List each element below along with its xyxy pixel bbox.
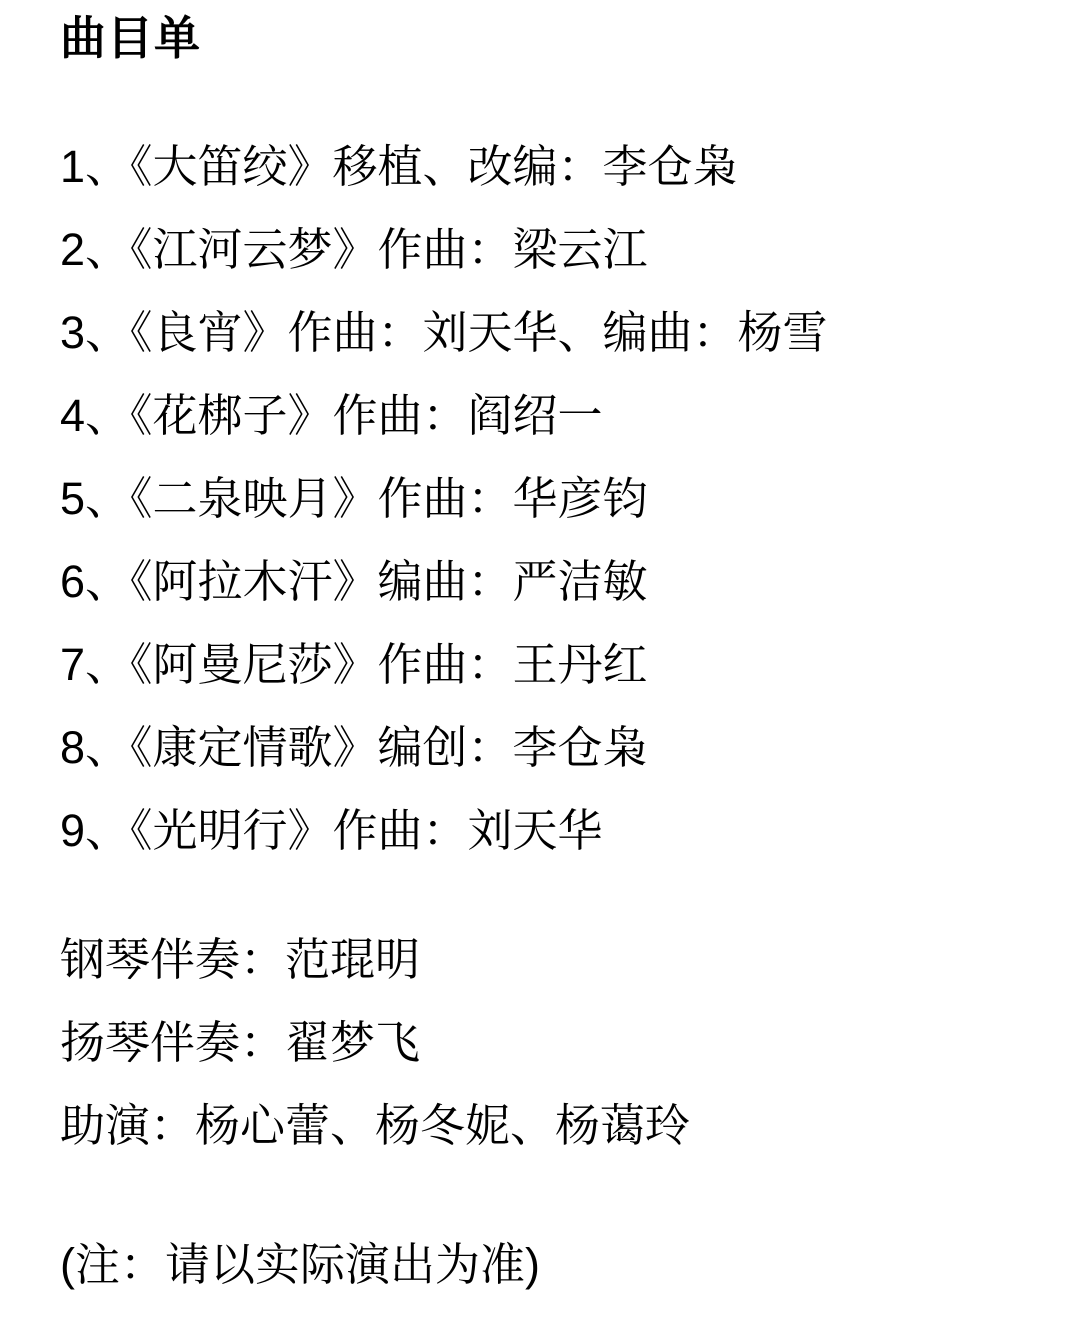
item-title: 《大笛绞》	[130, 141, 333, 192]
item-credit: 作曲：刘天华、编曲：杨雪	[288, 307, 828, 358]
item-credit: 作曲：阎绍一	[333, 390, 603, 441]
credit-role: 扬琴伴奏：	[60, 1017, 285, 1068]
program-item: 2、《江河云梦》作曲：梁云江	[60, 208, 1058, 291]
program-item: 4、《花梆子》作曲：阎绍一	[60, 374, 1058, 457]
item-title: 《花梆子》	[130, 390, 333, 441]
item-number: 5、	[60, 473, 130, 524]
credit-role: 助演：	[60, 1100, 195, 1151]
item-credit: 作曲：刘天华	[333, 805, 603, 856]
item-credit: 编创：李仓枭	[378, 722, 648, 773]
credits-section: 钢琴伴奏：范琨明 扬琴伴奏：翟梦飞 助演：杨心蕾、杨冬妮、杨蔼玲	[60, 918, 1058, 1167]
program-item: 3、《良宵》作曲：刘天华、编曲：杨雪	[60, 291, 1058, 374]
program-item: 9、《光明行》作曲：刘天华	[60, 789, 1058, 872]
item-credit: 编曲：严洁敏	[378, 556, 648, 607]
credit-name: 翟梦飞	[285, 1017, 420, 1068]
credit-name: 杨心蕾、杨冬妮、杨蔼玲	[195, 1100, 690, 1151]
item-title: 《江河云梦》	[130, 224, 378, 275]
program-item: 6、《阿拉木汗》编曲：严洁敏	[60, 540, 1058, 623]
credit-line-guests: 助演：杨心蕾、杨冬妮、杨蔼玲	[60, 1084, 1058, 1167]
disclaimer-note: (注：请以实际演出为准)	[60, 1223, 1058, 1306]
page-title: 曲目单	[60, 14, 1058, 62]
item-number: 3、	[60, 307, 130, 358]
item-number: 9、	[60, 805, 130, 856]
item-number: 4、	[60, 390, 130, 441]
item-number: 7、	[60, 639, 130, 690]
item-number: 6、	[60, 556, 130, 607]
item-title: 《阿曼尼莎》	[130, 639, 378, 690]
item-title: 《二泉映月》	[130, 473, 378, 524]
item-title: 《康定情歌》	[130, 722, 378, 773]
credit-name: 范琨明	[285, 934, 420, 985]
note-section: (注：请以实际演出为准)	[60, 1223, 1058, 1306]
program-item: 8、《康定情歌》编创：李仓枭	[60, 706, 1058, 789]
item-title: 《光明行》	[130, 805, 333, 856]
item-title: 《阿拉木汗》	[130, 556, 378, 607]
item-number: 2、	[60, 224, 130, 275]
credit-role: 钢琴伴奏：	[60, 934, 285, 985]
program-item: 5、《二泉映月》作曲：华彦钧	[60, 457, 1058, 540]
item-title: 《良宵》	[130, 307, 288, 358]
program-list: 1、《大笛绞》移植、改编：李仓枭 2、《江河云梦》作曲：梁云江 3、《良宵》作曲…	[60, 125, 1058, 872]
item-credit: 作曲：王丹红	[378, 639, 648, 690]
credit-line-yangqin: 扬琴伴奏：翟梦飞	[60, 1001, 1058, 1084]
program-page: 曲目单 1、《大笛绞》移植、改编：李仓枭 2、《江河云梦》作曲：梁云江 3、《良…	[0, 0, 1088, 1332]
item-number: 1、	[60, 141, 130, 192]
item-credit: 移植、改编：李仓枭	[333, 141, 738, 192]
item-credit: 作曲：梁云江	[378, 224, 648, 275]
credit-line-piano: 钢琴伴奏：范琨明	[60, 918, 1058, 1001]
item-number: 8、	[60, 722, 130, 773]
program-item: 1、《大笛绞》移植、改编：李仓枭	[60, 125, 1058, 208]
item-credit: 作曲：华彦钧	[378, 473, 648, 524]
program-item: 7、《阿曼尼莎》作曲：王丹红	[60, 623, 1058, 706]
